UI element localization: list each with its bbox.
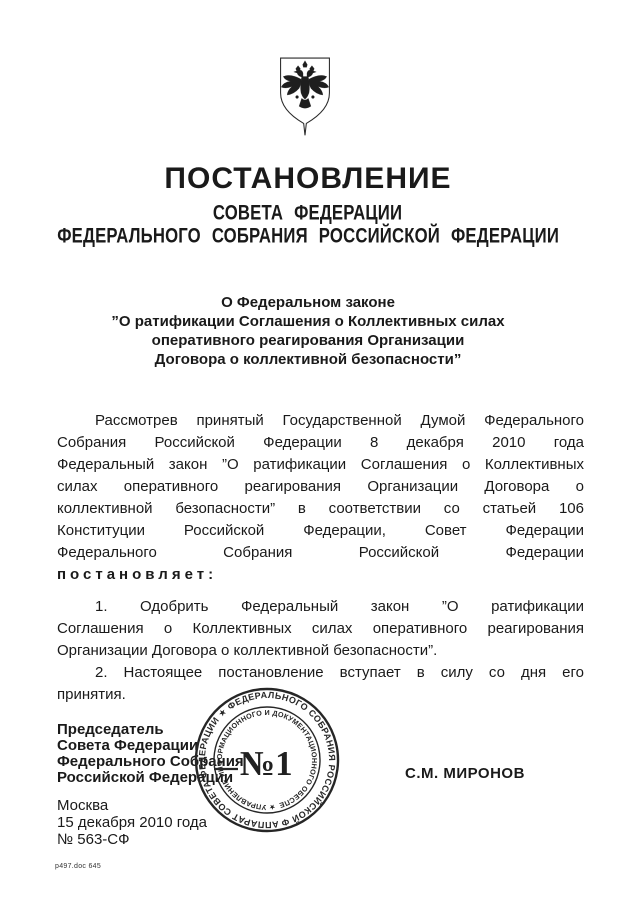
preamble-line: Конституции Российской Федерации, Совет … xyxy=(57,520,584,542)
document-page: ПОСТАНОВЛЕНИЕ СОВЕТА ФЕДЕРАЦИИ ФЕДЕРАЛЬН… xyxy=(0,0,640,905)
preamble-line: Федеральный закон ”О ратификации Соглаше… xyxy=(57,454,584,476)
subject-line: ”О ратификации Соглашения о Коллективных… xyxy=(0,312,616,331)
preamble-line: коллективной безопасности” в соответстви… xyxy=(57,498,584,520)
place-date-block: Москва 15 декабря 2010 года № 563-СФ xyxy=(57,797,207,848)
city: Москва xyxy=(57,797,207,814)
preamble-line: Собрания Российской Федерации 8 декабря … xyxy=(57,432,584,454)
org-subtitle-2: ФЕДЕРАЛЬНОГО СОБРАНИЯ РОССИЙСКОЙ ФЕДЕРАЦ… xyxy=(0,226,616,248)
document-title: ПОСТАНОВЛЕНИЕ xyxy=(0,162,616,196)
registration-stamp: АППАРАТ СОВЕТА ФЕДЕРАЦИИ ★ ФЕДЕРАЛЬНОГО … xyxy=(192,685,342,840)
preamble-line: Федерального Собрания Российской Федерац… xyxy=(57,542,584,564)
preamble-paragraph: Рассмотрев принятый Государственной Думо… xyxy=(57,410,584,586)
preamble-line: Рассмотрев принятый Государственной Думо… xyxy=(57,410,584,432)
item-2-line: 2. Настоящее постановление вступает в си… xyxy=(57,662,584,684)
stamp-number: №1 xyxy=(240,744,293,783)
coat-of-arms-icon xyxy=(272,52,338,147)
signatory-name: С.М. МИРОНОВ xyxy=(405,765,525,782)
footer-note: p497.doc 645 xyxy=(55,863,101,870)
item-1-line: Соглашения о Коллективных силах оператив… xyxy=(57,618,584,640)
preamble-line: силах оперативного реагирования Организа… xyxy=(57,476,584,498)
document-header: ПОСТАНОВЛЕНИЕ СОВЕТА ФЕДЕРАЦИИ ФЕДЕРАЛЬН… xyxy=(0,162,616,248)
resolve-word: постановляет: xyxy=(57,564,584,586)
org-subtitle-1: СОВЕТА ФЕДЕРАЦИИ xyxy=(0,203,616,225)
subject-block: О Федеральном законе ”О ратификации Согл… xyxy=(0,293,616,369)
subject-line: Договора о коллективной безопасности” xyxy=(0,350,616,369)
subject-line: О Федеральном законе xyxy=(0,293,616,312)
doc-number: № 563-СФ xyxy=(57,831,207,848)
date: 15 декабря 2010 года xyxy=(57,814,207,831)
item-1-line: 1. Одобрить Федеральный закон ”О ратифик… xyxy=(57,596,584,618)
subject-line: оперативного реагирования Организации xyxy=(0,331,616,350)
item-1-line: Организации Договора о коллективной безо… xyxy=(57,640,584,662)
